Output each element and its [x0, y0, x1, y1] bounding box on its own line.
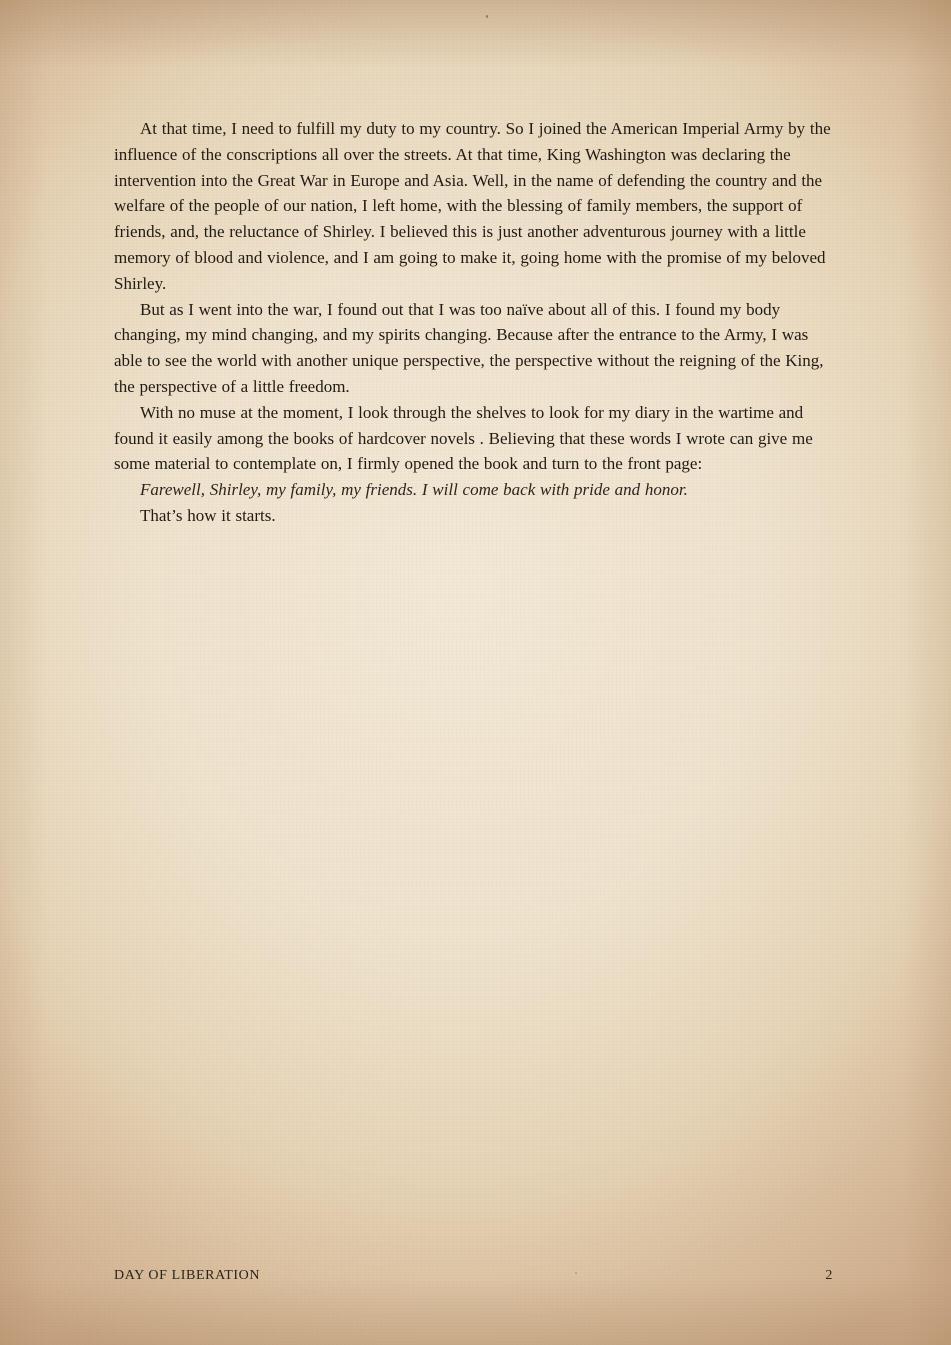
running-title: DAY OF LIBERATION	[114, 1268, 260, 1284]
story-text: At that time, I need to fulfill my duty …	[114, 116, 838, 529]
story-paragraph: With no muse at the moment, I look throu…	[114, 400, 838, 477]
book-page: At that time, I need to fulfill my duty …	[0, 0, 951, 1345]
page-number: 2	[825, 1268, 833, 1284]
story-paragraph: But as I went into the war, I found out …	[114, 297, 838, 400]
story-paragraph: That’s how it starts.	[114, 503, 838, 529]
story-paragraph: At that time, I need to fulfill my duty …	[114, 116, 838, 297]
diary-quote: Farewell, Shirley, my family, my friends…	[114, 477, 838, 503]
page-footer: DAY OF LIBERATION 2	[114, 1268, 833, 1284]
paper-speck	[486, 15, 488, 18]
